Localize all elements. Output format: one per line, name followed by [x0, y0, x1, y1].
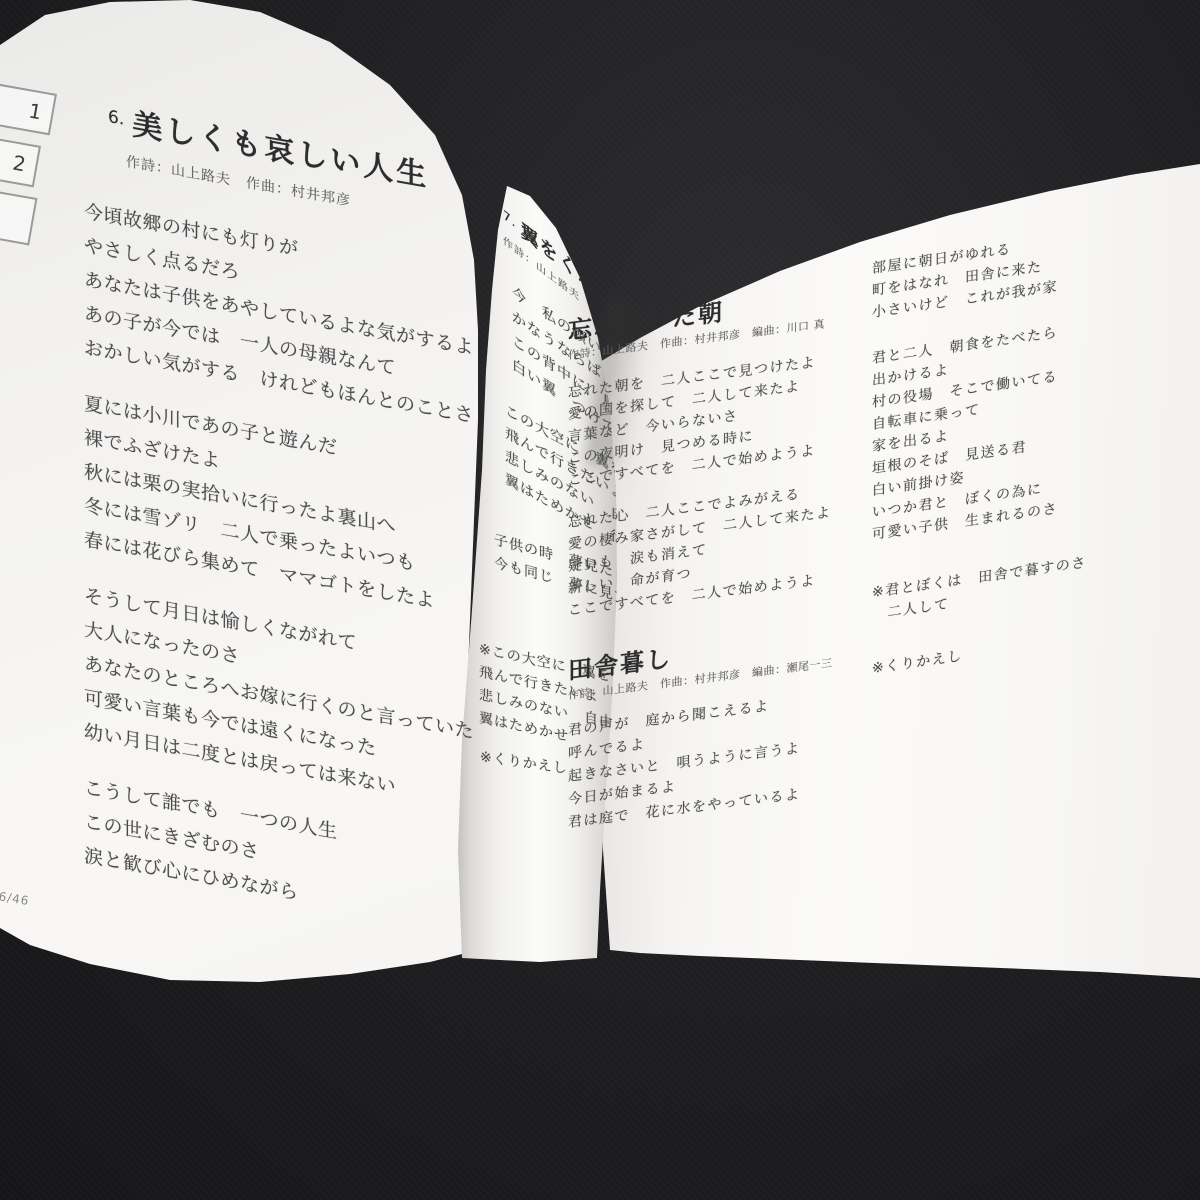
song-6-lyrics: 今頃故郷の村にも灯りがやさしく点るだろあなたは子供をあやしているよな気がするよあ…	[84, 195, 528, 951]
song-wasureteita-asa-block: 忘れていた朝 作詩：山上路夫 作曲：村井邦彦 編曲：川口 真 忘れた朝を 二人こ…	[568, 279, 868, 622]
song-6-number: 6.	[108, 107, 124, 130]
right-page-middle-column: 忘れていた朝 作詩：山上路夫 作曲：村井邦彦 編曲：川口 真 忘れた朝を 二人こ…	[568, 279, 868, 855]
song-6-block: 6.美しくも哀しい人生 作詩：山上路夫 作曲：村井邦彦 今頃故郷の村にも灯りがや…	[58, 86, 528, 973]
song-inaka-gurashi-block: 田舎暮し 作詩：山上路夫 作曲：村井邦彦 編曲：瀬尾一三 君の声が 庭から聞こえ…	[568, 619, 868, 835]
song-wasureteita-asa-lyrics: 忘れた朝を 二人ここで見つけたよ愛の国を探して 二人して来たよ言葉など 今いらな…	[568, 345, 868, 622]
song-inaka-gurashi-lyrics: 君の声が 庭から聞こえるよ呼んでるよ起きなさいと 唄うように言うよ今日が始まるよ…	[568, 683, 868, 835]
booklet-photo: 7.翼をください 作詩：山上路夫 作曲：村井邦彦 今 私の願いことがかなうならば…	[0, 0, 1200, 1200]
right-page-right-column: 部屋に朝日がゆれる町をはなれ 田舎に来た小さいけど これが我が家君と二人 朝食を…	[872, 214, 1182, 704]
